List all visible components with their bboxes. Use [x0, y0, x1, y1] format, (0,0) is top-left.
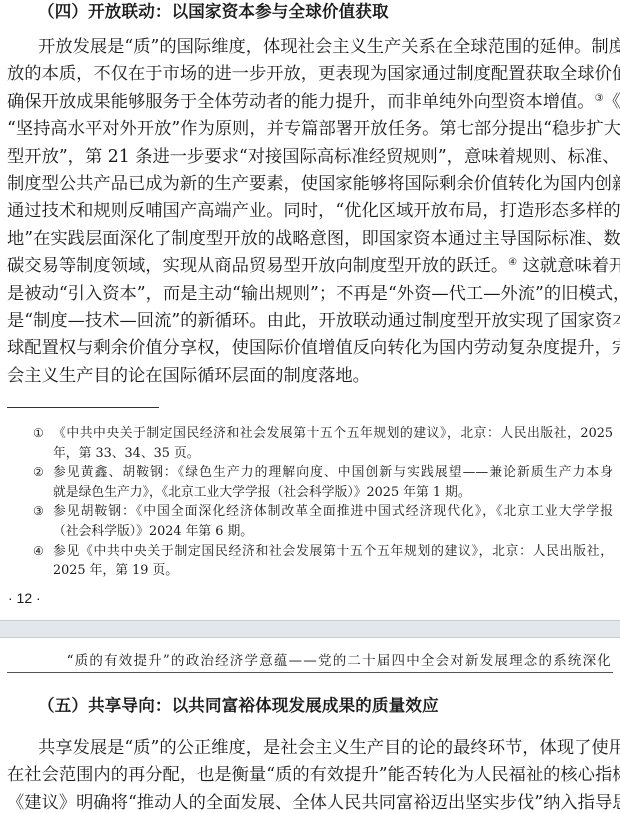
- footnote-line: 《中共中央关于制定国民经济和社会发展第十五个五年规划的建议》，北京：人民出版社，…: [53, 424, 613, 444]
- paragraph-line-text: 这就意味着开放不再: [517, 256, 620, 276]
- footnote-line: 就是绿色生产力》，《北京工业大学学报（社会科学版）》2025 年第 1 期。: [53, 483, 613, 503]
- footnote-4: ④ 参见《中共中央关于制定国民经济和社会发展第十五个五年规划的建议》，北京：人民…: [33, 542, 613, 581]
- footnote-ref-3[interactable]: ③: [595, 93, 604, 104]
- footnote-line: 参见胡鞍钢：《中国全面深化经济体制改革全面推进中国式经济现代化》，《北京工业大学…: [53, 502, 613, 522]
- footnote-number: ①: [33, 424, 44, 444]
- page-number: · 12 ·: [8, 590, 41, 606]
- document-page-13: “质的有效提升”的政治经济学意蕴——党的二十届四中全会对新发展理念的系统深化 （…: [0, 638, 620, 813]
- footnote-line: （社会科学版）》2024 年第 6 期。: [53, 522, 613, 542]
- footnote-number: ④: [33, 542, 44, 562]
- paragraph-line: 通过技术和规则反哺国产高端产业。同时，“优化区域开放布局，打造形态多样的开放高: [7, 198, 613, 225]
- paragraph-line: 《建议》明确将“推动人的全面发展、全体人民共同富裕迈出坚实步伐”纳入指导思想，: [7, 790, 613, 813]
- document-page-12: （四）开放联动：以国家资本参与全球价值获取 开放发展是“质”的国际维度，体现社会…: [0, 0, 620, 620]
- footnote-line: 参见黄鑫、胡鞍钢：《绿色生产力的理解向度、中国创新与实践展望——兼论新质生产力本…: [53, 463, 613, 483]
- section-heading-four: （四）开放联动：以国家资本参与全球价值获取: [38, 1, 389, 23]
- paragraph-line: 是被动“引入资本”，而是主动“输出规则”；不再是“外资—代工—外流”的旧模式，而: [7, 281, 613, 308]
- footnote-line: 参见《中共中央关于制定国民经济和社会发展第十五个五年规划的建议》，北京：人民出版…: [53, 542, 613, 562]
- footnote-divider: [7, 407, 159, 408]
- paragraph-line-text: 《建议》将: [604, 92, 620, 112]
- footnote-number: ③: [33, 502, 44, 522]
- footnote-line: 2025 年，第 19 页。: [53, 561, 613, 581]
- paragraph-line: 会主义生产目的论在国际循环层面的制度落地。: [7, 363, 613, 390]
- section-four-paragraph: 开放发展是“质”的国际维度，体现社会主义生产关系在全球范围的延伸。制度型开 放的…: [7, 34, 613, 390]
- footnote-2: ② 参见黄鑫、胡鞍钢：《绿色生产力的理解向度、中国创新与实践展望——兼论新质生产…: [33, 463, 613, 502]
- paragraph-line-text: 碳交易等制度领域，实现从商品贸易型开放向制度型开放的跃迁。: [7, 256, 508, 276]
- running-header-rule: [7, 672, 613, 673]
- footnote-line: 年，第 33、34、35 页。: [53, 444, 613, 464]
- paragraph-line: 制度型公共产品已成为新的生产要素，使国家能够将国际剩余价值转化为国内创新能力，: [7, 171, 613, 198]
- running-header: “质的有效提升”的政治经济学意蕴——党的二十届四中全会对新发展理念的系统深化: [67, 649, 612, 669]
- paragraph-line: 共享发展是“质”的公正维度，是社会主义生产目的论的最终环节，体现了使用价值: [7, 735, 613, 762]
- footnote-number: ②: [33, 463, 44, 483]
- paragraph-line: 地”在实践层面深化了制度型开放的战略意图，即国家资本通过主导国际标准、数据治理、: [7, 226, 613, 253]
- footnote-3: ③ 参见胡鞍钢：《中国全面深化经济体制改革全面推进中国式经济现代化》，《北京工业…: [33, 502, 613, 541]
- footnote-1: ① 《中共中央关于制定国民经济和社会发展第十五个五年规划的建议》，北京：人民出版…: [33, 424, 613, 463]
- paragraph-line: “坚持高水平对外开放”作为原则，并专篇部署开放任务。第七部分提出“稳步扩大制度: [7, 116, 613, 143]
- footnote-ref-4[interactable]: ④: [508, 257, 517, 268]
- paragraph-line: 放的本质，不仅在于市场的进一步开放，更表现为国家通过制度配置获取全球价值分配权，: [7, 61, 613, 88]
- paragraph-line: 球配置权与剩余价值分享权，使国际价值增值反向转化为国内劳动复杂度提升，完成了社: [7, 335, 613, 362]
- page-separator: [0, 620, 620, 638]
- paragraph-line-text: 确保开放成果能够服务于全体劳动者的能力提升，而非单纯外向型资本增值。: [7, 92, 595, 112]
- paragraph-line: 在社会范围内的再分配，也是衡量“质的有效提升”能否转化为人民福祉的核心指标。: [7, 762, 613, 789]
- paragraph-line: 是“制度—技术—回流”的新循环。由此，开放联动通过制度型开放实现了国家资本的全: [7, 308, 613, 335]
- footnotes: ① 《中共中央关于制定国民经济和社会发展第十五个五年规划的建议》，北京：人民出版…: [33, 424, 613, 581]
- paragraph-line: 开放发展是“质”的国际维度，体现社会主义生产关系在全球范围的延伸。制度型开: [7, 34, 613, 61]
- paragraph-line: 型开放”，第 21 条进一步要求“对接国际高标准经贸规则”，意味着规则、标准、管…: [7, 144, 613, 171]
- section-five-paragraph: 共享发展是“质”的公正维度，是社会主义生产目的论的最终环节，体现了使用价值 在社…: [7, 735, 613, 813]
- paragraph-line: 碳交易等制度领域，实现从商品贸易型开放向制度型开放的跃迁。④ 这就意味着开放不再: [7, 253, 613, 280]
- paragraph-line: 确保开放成果能够服务于全体劳动者的能力提升，而非单纯外向型资本增值。③《建议》将: [7, 89, 613, 116]
- section-heading-five: （五）共享导向：以共同富裕体现发展成果的质量效应: [38, 695, 439, 717]
